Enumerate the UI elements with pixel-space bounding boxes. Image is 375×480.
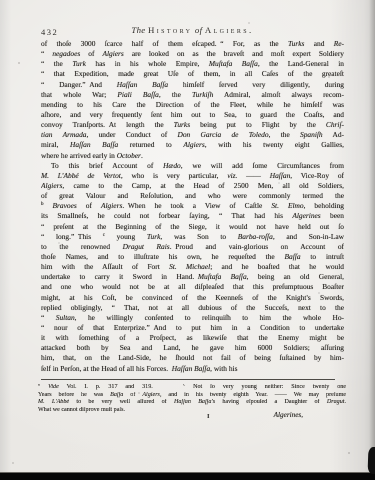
text-line: “ the Turk has in his whole Empire, Muſt… [41,59,344,69]
text-line: thoſe Names, and to illuſtrate his own, … [41,252,344,262]
text-line: convoy Tranſports. At length the Turks b… [41,120,344,130]
running-title-part: of [192,25,204,35]
catchword: Algerines, [274,411,303,419]
footnote-line: b Vide Vol. I. p. 317 and 319. c Not ſo … [38,384,346,392]
page-header: 432 The History of Algiers. [41,25,344,38]
text-line: it with ſomething of a Proſpect, as like… [41,333,344,343]
text-line: b Bravoes of Algiers. When he took a Vie… [41,201,344,211]
running-title-part: The [131,25,148,35]
footnote-line: Years before he was Baſſa of Algiers, an… [38,392,346,400]
running-title-part: Algiers. [205,25,254,35]
text-line: ſelf in Perſon, at the Head of all his F… [41,364,344,374]
text-line: “ preſent at the Beginning of the Siege,… [41,222,344,232]
text-line: where he arrived early in October. [41,151,344,161]
text-line: “ nour of that Enterprize.” And to put h… [41,323,344,333]
body-text: of thoſe 3000 ſcarce half of them eſcape… [41,39,344,374]
running-title-part: History [148,25,192,35]
text-line: “ negadoes of Algiers are looked on as t… [41,49,344,59]
text-line: miral, Haſſan Baſſa returned to Algiers,… [41,140,344,150]
text-line: Algiers, came to the Camp, at the Head o… [41,181,344,191]
scan-bottom-edge [0,472,375,480]
text-line: replied obligingly, “ That, not at all d… [41,303,344,313]
text-line: “ that Expedition, made great Uſe of the… [41,69,344,79]
text-line: To this brief Account of Hædo, we will a… [41,161,344,171]
text-line: attacked both by Sea and Land, he gave h… [41,343,344,353]
footnote-rule [41,379,335,380]
footnotes: b Vide Vol. I. p. 317 and 319. c Not ſo … [38,384,346,414]
text-line: mending to his Care the Direction of the… [41,100,344,110]
text-line: that whole War; Piali Baſſa, the Turkiſh… [41,90,344,100]
text-line: undertake to carry it Sword in Hand. Muſ… [41,272,344,282]
book-page-scan: 432 The History of Algiers. of thoſe 300… [0,0,375,480]
signature-mark: I [207,413,210,420]
scan-edge-shadow [369,0,375,455]
text-line: of great Valour and Reſolution, and who … [41,191,344,201]
text-line: tian Armada, under Conduct of Don Garcia… [41,130,344,140]
text-line: him with the Aſſault of Fort St. Michael… [41,262,344,272]
text-line: “ Sultan, he willingly conſented to reli… [41,313,344,323]
text-line: to the renowned Dragut Rais. Proud and v… [41,242,344,252]
page-footer: I Algerines, [41,411,344,423]
text-line: aſhore, and very frequently ſent him out… [41,110,344,120]
text-line: its Smallneſs, he could not forbear ſayi… [41,211,344,221]
footnote-line: M. L'Abbé to be very well aſſured of Haſ… [38,399,346,407]
page-curl-shadow [368,447,375,474]
text-line: M. L'Abbé de Vertot, who is very particu… [41,171,344,181]
text-line: “ Danger.” And Haſſan Baſſa himſelf ſerv… [41,80,344,90]
text-line: of thoſe 3000 ſcarce half of them eſcape… [41,39,344,49]
text-line: might, at his Coſt, be convinced of the … [41,293,344,303]
text-line: and one who would not be at all diſpleaſ… [41,282,344,292]
text-line: “ long.” This c young Turk, was Son to B… [41,232,344,242]
running-title: The History of Algiers. [41,25,344,35]
text-line: him, that, on the Land-Side, he ſhould n… [41,353,344,363]
